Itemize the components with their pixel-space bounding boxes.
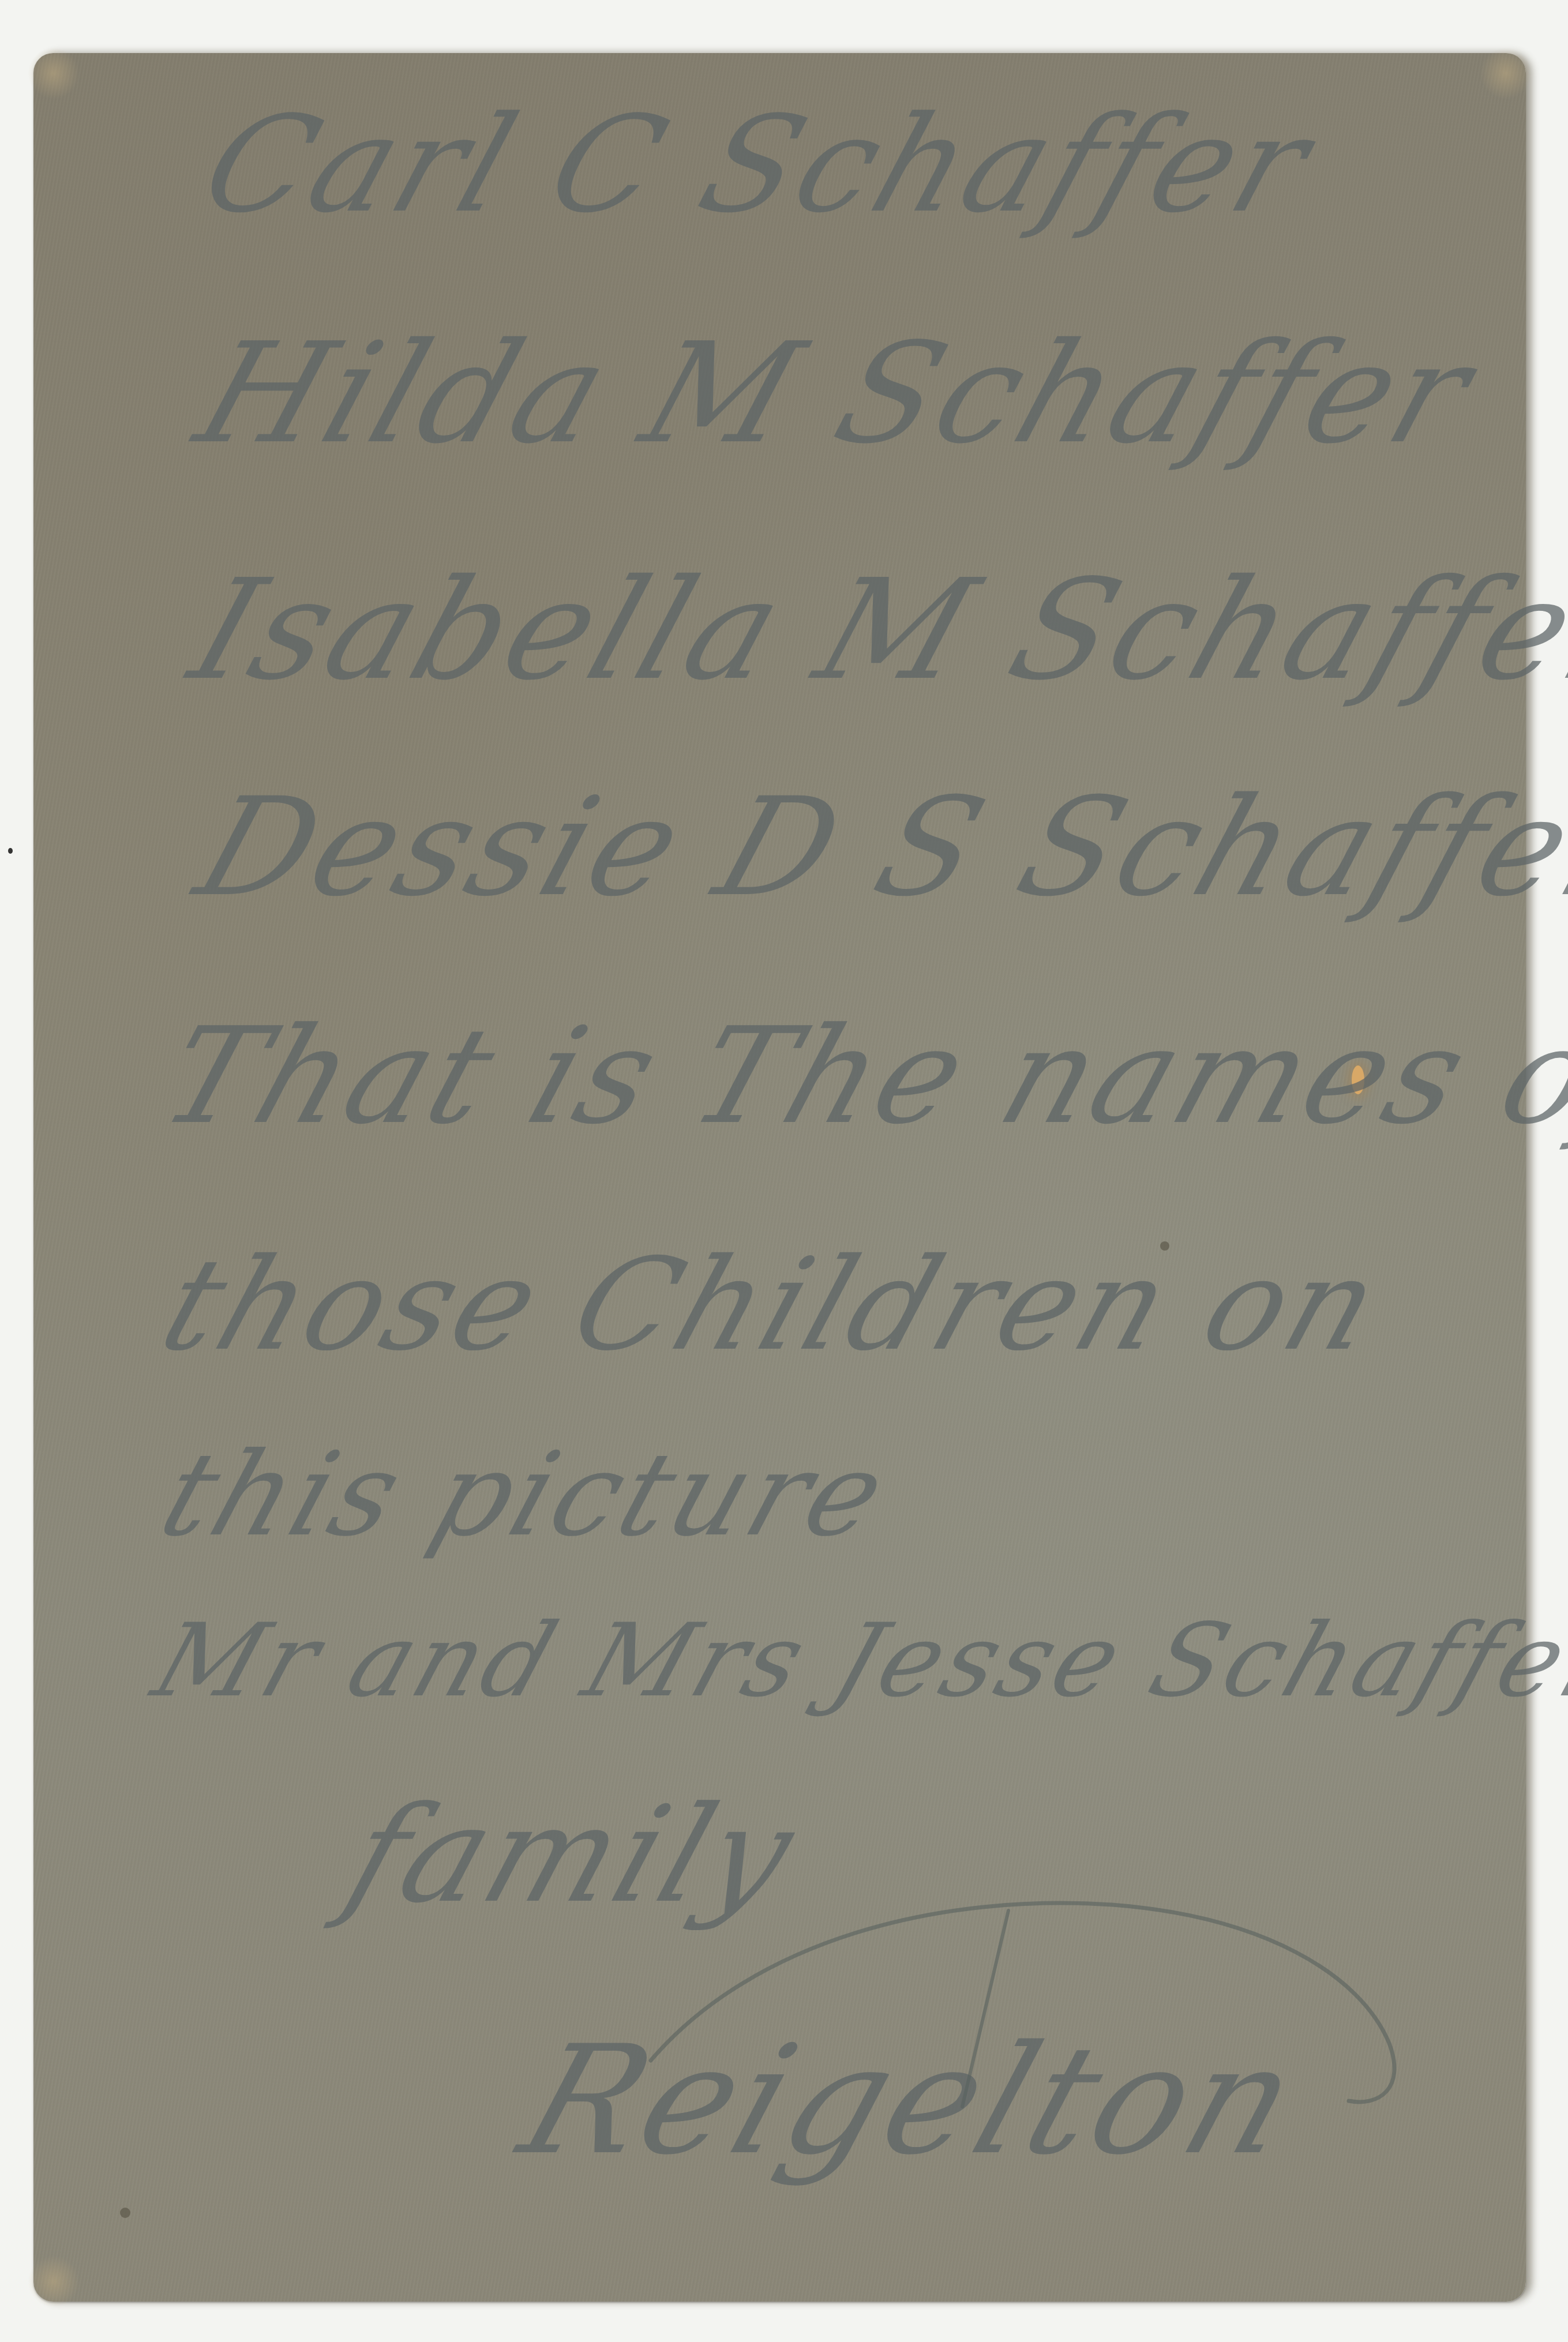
handwriting-line-8: Mr and Mrs Jesse Schaffer bbox=[143, 1611, 1568, 1712]
handwriting-line-2: Hilda M Schaffer bbox=[183, 324, 1489, 463]
handwriting-line-7: this picture bbox=[149, 1438, 901, 1553]
scanner-speck bbox=[8, 848, 13, 854]
handwriting-line-4: Dessie D S Schaffer bbox=[183, 780, 1568, 915]
handwriting-line-5: That is The names of bbox=[149, 1011, 1568, 1143]
handwritten-inscription: Carl C Schaffer Hilda M Schaffer Isabell… bbox=[33, 53, 1526, 2302]
handwriting-line-1: Carl C Schaffer bbox=[189, 99, 1326, 232]
photo-card-back: Carl C Schaffer Hilda M Schaffer Isabell… bbox=[33, 53, 1526, 2302]
handwriting-line-6: those Children on bbox=[149, 1241, 1396, 1368]
handwriting-line-3: Isabella M Schaffer bbox=[178, 561, 1568, 699]
signature-flourish bbox=[639, 1870, 1418, 2112]
